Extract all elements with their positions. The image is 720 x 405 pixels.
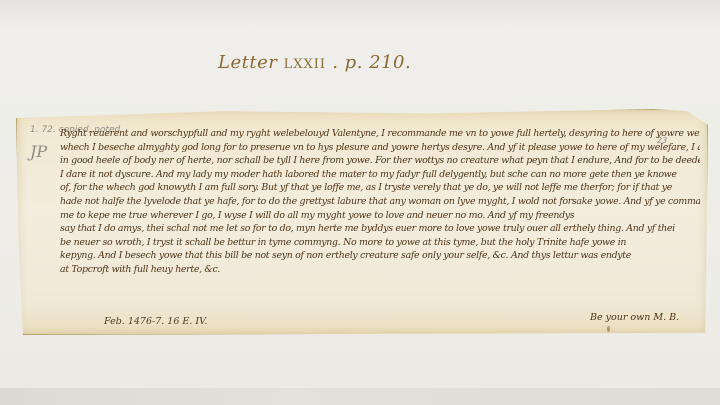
caption-page: . p. 210. <box>332 52 411 73</box>
letter-line: Ryght reuerent and worschypfull and my r… <box>60 127 700 141</box>
letter-line: I dare it not dyscure. And my lady my mo… <box>60 168 700 182</box>
letter-signature: Be your own M. B. <box>590 312 679 323</box>
letter-line: kepyng. And I besech yowe that this bill… <box>60 249 700 263</box>
letter-date: Feb. 1476-7. 16 E. IV. <box>104 316 207 327</box>
letter-line: me to kepe me true wherever I go, I wyse… <box>60 209 700 223</box>
letter-line: of, for the whech god knowyth I am full … <box>60 181 700 195</box>
letter-line: say that I do amys, thei schal not me le… <box>60 222 700 236</box>
letter-line: hade not halfe the lyvelode that ye hafe… <box>60 195 700 209</box>
letter-line: in good heele of body ner of herte, nor … <box>60 154 700 168</box>
letter-line: whech I beseche almyghty god long for to… <box>60 141 700 155</box>
pencil-monogram-mark: JP <box>30 142 47 161</box>
background-floor <box>0 388 720 405</box>
ink-stain <box>607 326 610 332</box>
mount-shadow <box>0 0 720 20</box>
letter-caption: Letter LXXII . p. 210. <box>218 52 411 73</box>
caption-prefix: Letter <box>218 52 277 73</box>
caption-roman-numeral: LXXII <box>284 57 326 72</box>
letter-line: be neuer so wroth, I tryst it schall be … <box>60 236 700 250</box>
letter-body: Ryght reuerent and worschypfull and my r… <box>60 127 700 277</box>
letter-line: at Topcroft with full heuy herte, &c. <box>60 263 700 277</box>
